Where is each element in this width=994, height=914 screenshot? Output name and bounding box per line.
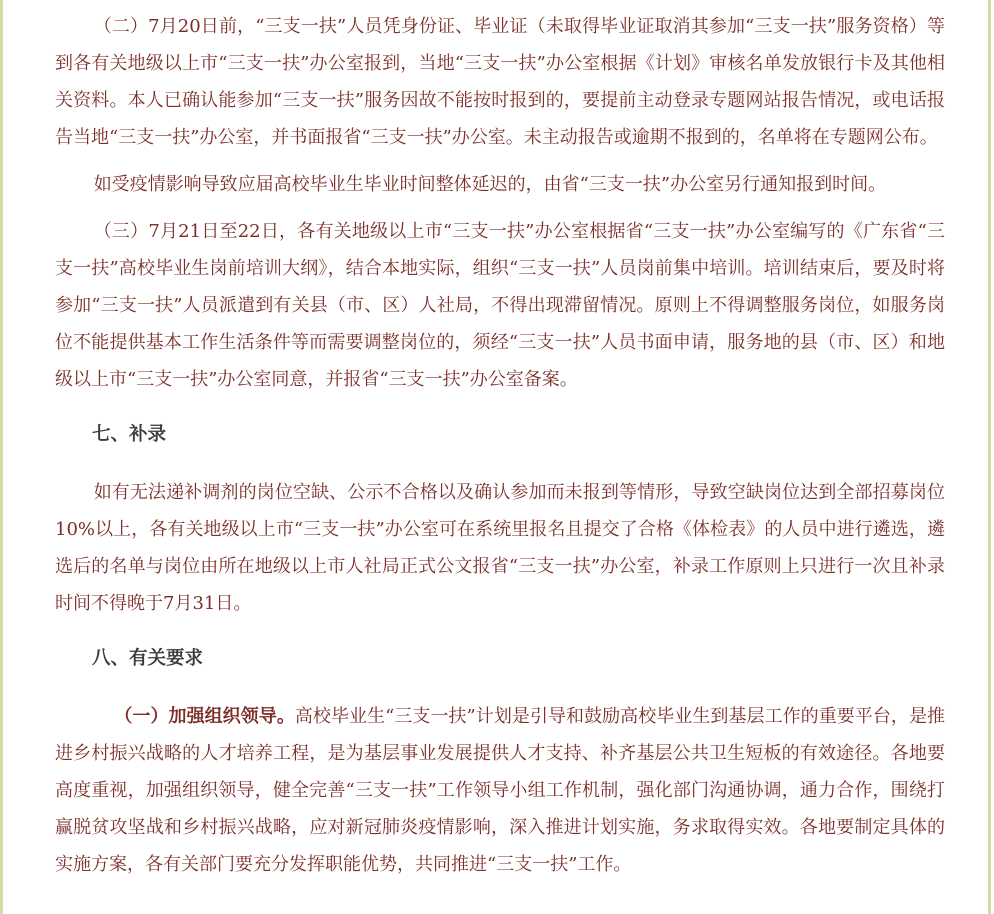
paragraph-text: 高校毕业生“三支一扶”计划是引导和鼓励高校毕业生到基层工作的重要平台，是推进乡村… bbox=[55, 706, 945, 875]
page-left-edge-strip bbox=[0, 0, 3, 914]
section-heading: 八、有关要求 bbox=[55, 644, 945, 672]
section-heading: 七、补录 bbox=[55, 420, 945, 448]
paragraph: （一）加强组织领导。高校毕业生“三支一扶”计划是引导和鼓励高校毕业生到基层工作的… bbox=[55, 698, 945, 883]
paragraph: 如有无法递补调剂的岗位空缺、公示不合格以及确认参加而未报到等情形，导致空缺岗位达… bbox=[55, 474, 945, 622]
page-right-edge-strip bbox=[988, 0, 991, 914]
paragraph: 如受疫情影响导致应届高校毕业生毕业时间整体延迟的，由省“三支一扶”办公室另行通知… bbox=[55, 166, 945, 203]
paragraph: （二）7月20日前，“三支一扶”人员凭身份证、毕业证（未取得毕业证取消其参加“三… bbox=[55, 8, 945, 156]
paragraph: （三）7月21日至22日，各有关地级以上市“三支一扶”办公室根据省“三支一扶”办… bbox=[55, 213, 945, 398]
document-body: （二）7月20日前，“三支一扶”人员凭身份证、毕业证（未取得毕业证取消其参加“三… bbox=[0, 0, 994, 883]
paragraph-lead-bold: （一）加强组织领导。 bbox=[114, 706, 294, 727]
